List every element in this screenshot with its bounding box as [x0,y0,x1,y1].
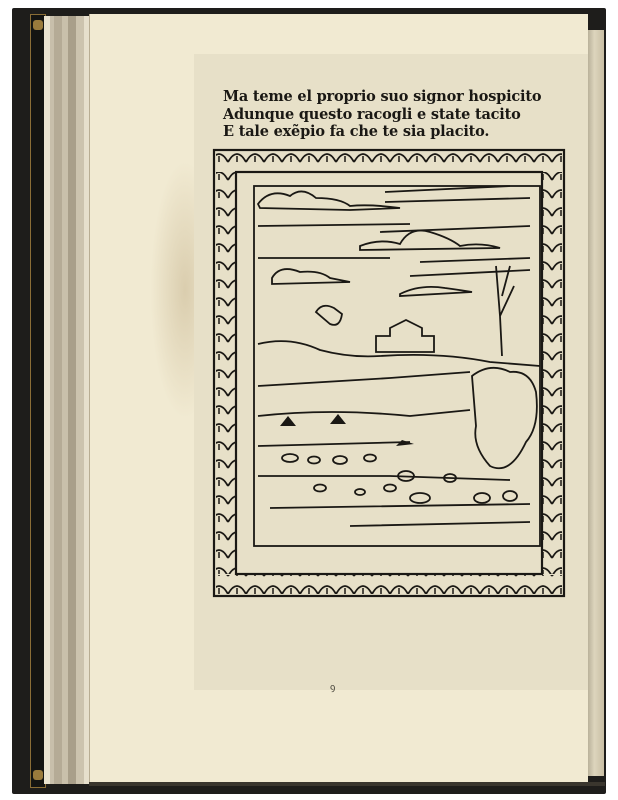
facing-page-edge [588,30,604,776]
gilt-ornament-icon [33,20,43,30]
scalloped-border [214,150,564,596]
verse-line-1: Ma teme el proprio suo signor hospicito [223,88,583,106]
verse-text: Ma teme el proprio suo signor hospicito … [223,88,583,141]
landscape-scene [254,186,540,546]
gilt-ornament-icon [33,770,43,780]
page-mark: ꝯ [330,680,335,693]
bee-icon [316,306,342,325]
page-block-edges [44,16,89,784]
woodcut-illustration [210,146,570,602]
verse-line-3: E tale exẽpio fa che te sia placito. [223,123,583,141]
castle-icon [376,320,434,352]
shrubs [280,414,414,446]
verse-line-2: Adunque questo racogli e state tacito [223,106,583,124]
cover-bottom-edge [89,782,605,786]
